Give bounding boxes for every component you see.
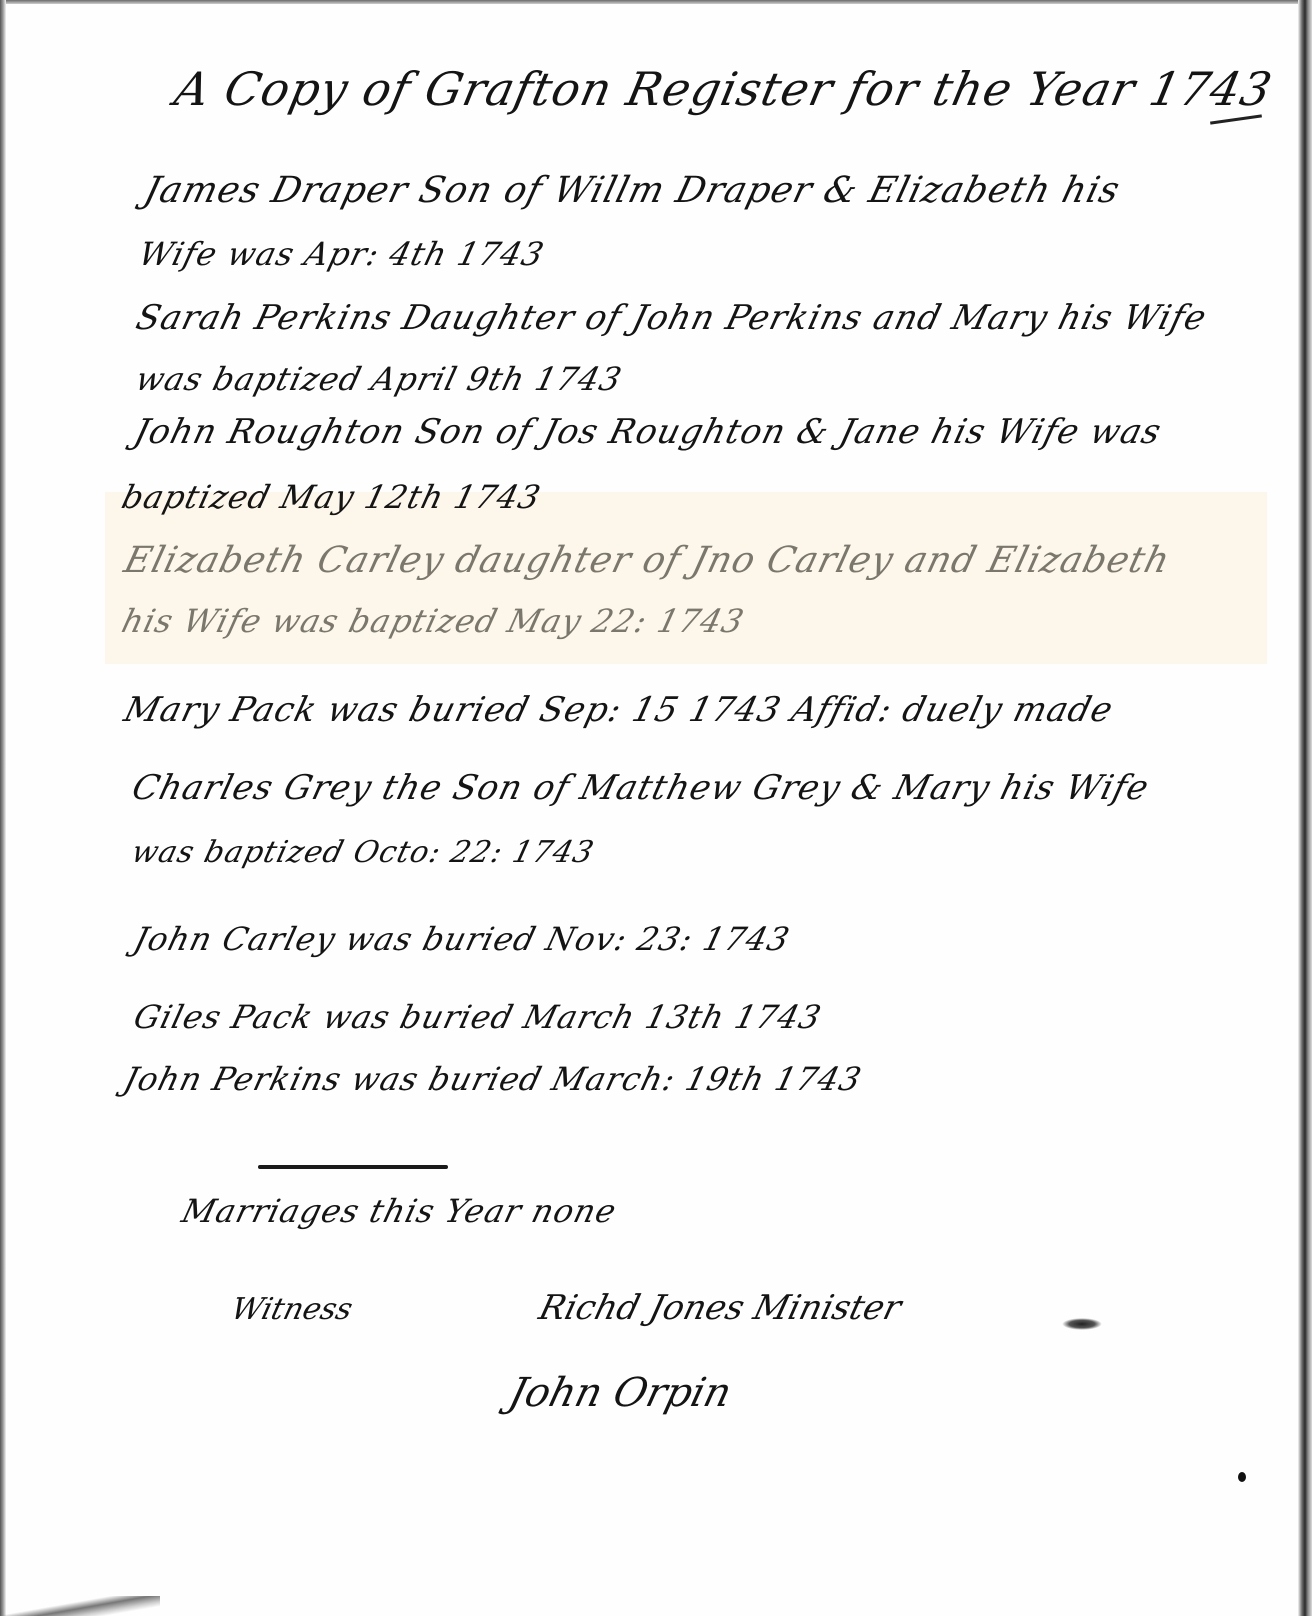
scan-edge-bottom (0, 1596, 160, 1616)
closing-note: Marriages this Year none (178, 1192, 621, 1230)
document-title: A Copy of Grafton Register for the Year … (170, 62, 1277, 116)
section-divider (258, 1165, 448, 1169)
ink-dot (1238, 1472, 1246, 1482)
entry-9-line-1: John Perkins was buried March: 19th 1743 (120, 1060, 866, 1098)
entry-6-line-2: was baptized Octo: 22: 1743 (128, 835, 598, 870)
scan-edge-top (0, 0, 1312, 4)
ink-blot (1062, 1318, 1102, 1330)
entry-6-line-1: Charles Grey the Son of Matthew Grey & M… (128, 768, 1153, 808)
entry-5-line-1: Mary Pack was buried Sep: 15 1743 Affid:… (120, 690, 1117, 730)
witness-label: Witness (228, 1292, 357, 1327)
signature-john-orpin: John Orpin (504, 1370, 736, 1416)
entry-4-line-1: Elizabeth Carley daughter of Jno Carley … (120, 540, 1174, 581)
entry-1-line-1: James Draper Son of Willm Draper & Eliza… (140, 170, 1124, 211)
scan-edge-left (0, 0, 6, 1616)
entry-2-line-1: Sarah Perkins Daughter of John Perkins a… (132, 298, 1211, 338)
entry-1-line-2: Wife was Apr: 4th 1743 (135, 235, 548, 273)
register-page: A Copy of Grafton Register for the Year … (0, 0, 1312, 1616)
entry-3-line-1: John Roughton Son of Jos Roughton & Jane… (130, 412, 1166, 452)
entry-2-line-2: was baptized April 9th 1743 (132, 360, 626, 398)
scan-edge-right (1298, 0, 1312, 1616)
entry-8-line-1: Giles Pack was buried March 13th 1743 (130, 998, 826, 1036)
entry-3-line-2: baptized May 12th 1743 (118, 478, 545, 516)
entry-4-line-2: his Wife was baptized May 22: 1743 (118, 602, 748, 640)
entry-7-line-1: John Carley was buried Nov: 23: 1743 (130, 920, 794, 958)
signature-minister: Richd Jones Minister (535, 1288, 905, 1328)
